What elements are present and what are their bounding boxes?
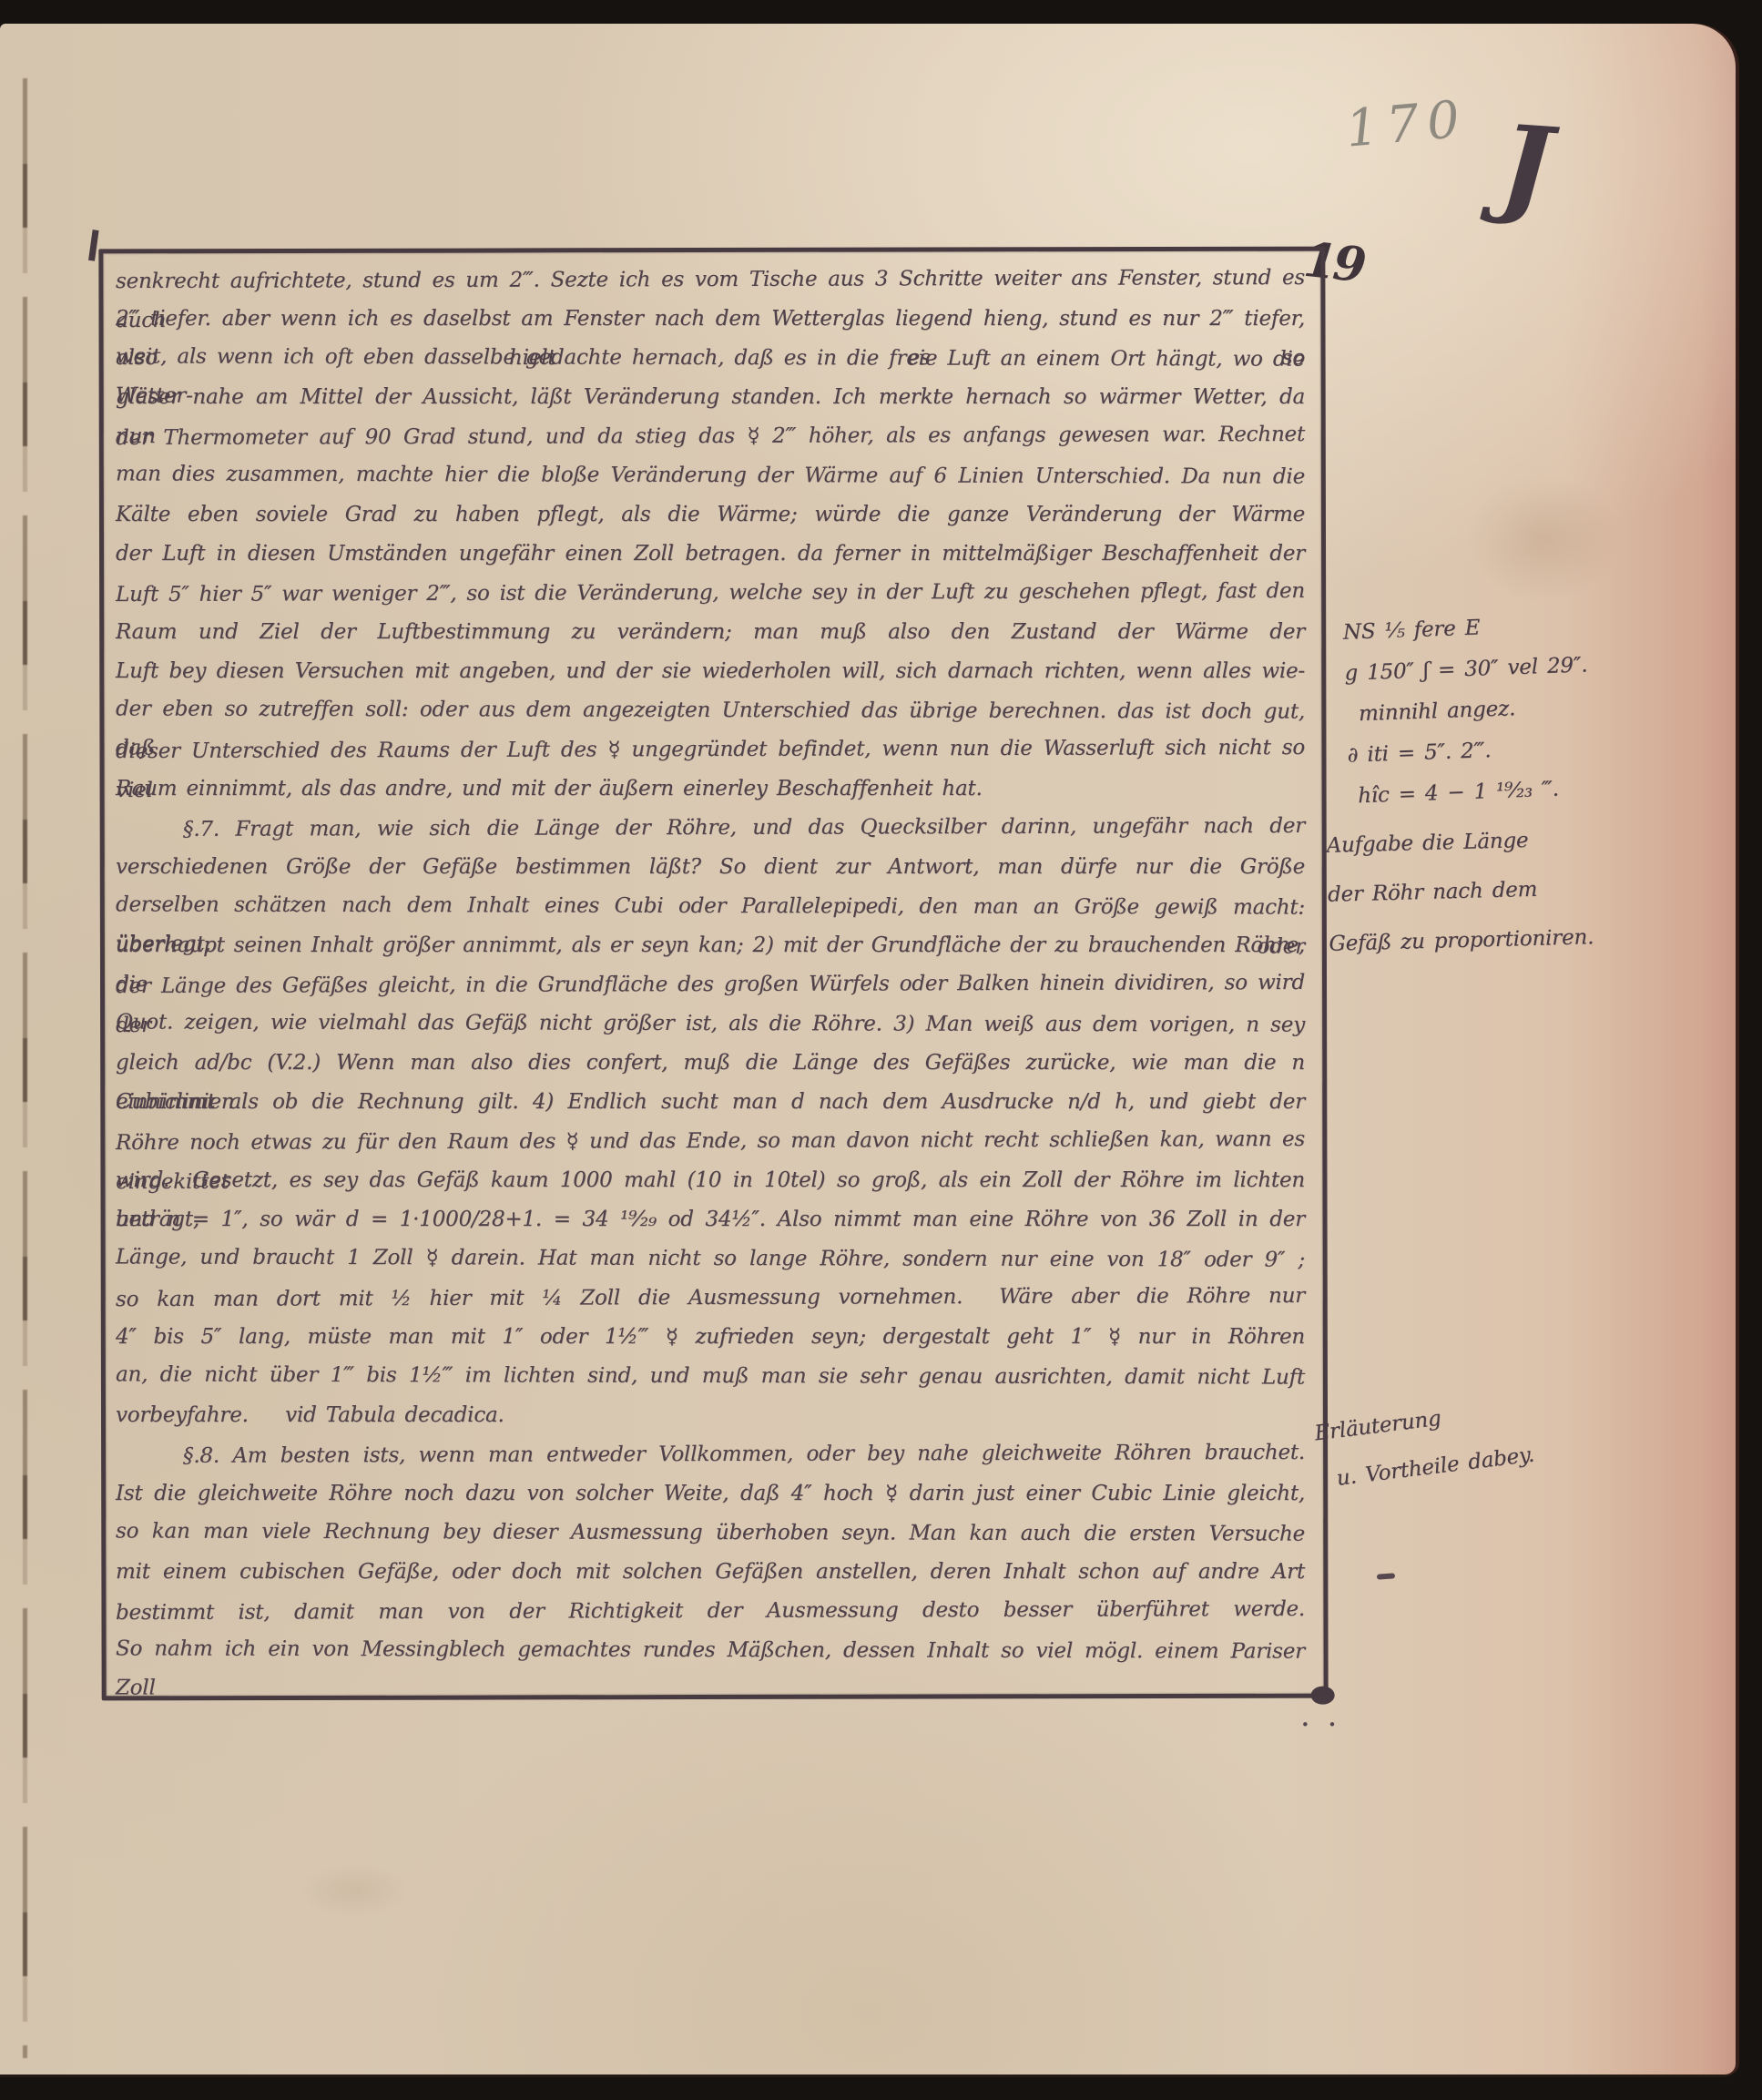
manuscript-body: senkrecht aufrichtete, stund es um 2‴. S… <box>116 260 1305 1670</box>
manuscript-line: 2‴ tiefer. aber wenn ich es daselbst am … <box>116 300 1305 339</box>
manuscript-line: g 150″ ʃ = 30″ vel 29″. <box>1344 645 1588 694</box>
manuscript-line: an, die nicht über 1‴ bis 1½‴ im lichten… <box>116 1355 1305 1397</box>
manuscript-line: der Thermometer auf 90 Grad stund, und d… <box>116 415 1305 458</box>
ink-stain <box>1466 474 1621 602</box>
manuscript-line: Kälte eben soviele Grad zu haben pflegt,… <box>116 495 1305 535</box>
manuscript-line: hîc = 4 − 1 ¹⁹⁄₂₃ ‴. <box>1348 768 1592 817</box>
manuscript-line: mit einem cubischen Gefäße, oder doch mi… <box>116 1553 1305 1592</box>
manuscript-line: wird. Gesetzt, es sey das Gefäß kaum 100… <box>116 1161 1305 1200</box>
paragraph-1: senkrecht aufrichtete, stund es um 2‴. S… <box>116 260 1305 809</box>
manuscript-line: bestimmt ist, damit man von der Richtigk… <box>116 1590 1305 1633</box>
stray-ink-dash <box>1377 1573 1395 1579</box>
manuscript-line: der eben so zutreffen soll: oder aus dem… <box>116 689 1305 731</box>
margin-note-calculation: NS ⅕ fere Eg 150″ ʃ = 30″ vel 29″.minnih… <box>1342 604 1593 817</box>
manuscript-line: verschiedenen Größe der Gefäße bestimmen… <box>116 848 1305 887</box>
manuscript-line: Luft 5″ hier 5″ war weniger 2‴, so ist d… <box>116 572 1305 615</box>
ink-letter-mark: J <box>1496 100 1555 230</box>
manuscript-line: Gefäß zu proportioniren. <box>1329 912 1594 969</box>
manuscript-line: und n = 1″, so wär d = 1·1000/28+1. = 34… <box>116 1200 1305 1239</box>
manuscript-line: gläser nahe am Mittel der Aussicht, läßt… <box>116 378 1305 417</box>
stray-ink-dots: · · <box>1300 1707 1340 1743</box>
manuscript-line: einnimmt als ob die Rechnung gilt. 4) En… <box>116 1083 1305 1122</box>
manuscript-line: senkrecht aufrichtete, stund es um 2‴. S… <box>116 259 1305 301</box>
paragraph-3-section-8: §.8. Am besten ists, wenn man entweder V… <box>116 1435 1305 1670</box>
manuscript-line: §.7. Fragt man, wie sich die Länge der R… <box>116 807 1305 850</box>
manuscript-paper: 170 J 19 senkrecht aufrichtete, stund es… <box>0 24 1736 2075</box>
manuscript-line: man dies zusammen, machte hier die bloße… <box>116 454 1305 496</box>
manuscript-line: der Luft in diesen Umständen ungefähr ei… <box>116 535 1305 574</box>
manuscript-line: so kan man viele Rechnung bey dieser Aus… <box>116 1512 1305 1554</box>
manuscript-line: Aufgabe die Länge <box>1326 814 1592 871</box>
manuscript-line: Ist die gleichweite Röhre noch dazu von … <box>116 1474 1305 1514</box>
manuscript-line: Röhre noch etwas zu für den Raum des ☿ u… <box>116 1120 1305 1163</box>
manuscript-line: Quot. zeigen, wie vielmahl das Gefäß nic… <box>116 1003 1305 1045</box>
manuscript-line: So nahm ich ein von Messingblech gemacht… <box>116 1629 1305 1671</box>
manuscript-line: weit, als wenn ich oft eben dasselbe ged… <box>116 337 1305 379</box>
margin-note-remark: Erläuterungu. Vortheile dabey. <box>1312 1384 1537 1504</box>
paragraph-2-section-7: §.7. Fragt man, wie sich die Länge der R… <box>116 809 1305 1435</box>
manuscript-line: Raum und Ziel der Luftbestimmung zu verä… <box>116 613 1305 652</box>
manuscript-line: so kan man dort mit ½ hier mit ¼ Zoll di… <box>116 1277 1305 1320</box>
gutter-crease <box>23 55 27 2058</box>
manuscript-line: Raum einnimmt, als das andre, und mit de… <box>116 770 1305 809</box>
margin-note-task: Aufgabe die Längeder Röhr nach demGefäß … <box>1326 814 1594 969</box>
manuscript-line: der Länge des Gefäßes gleicht, in die Gr… <box>116 963 1305 1006</box>
manuscript-line: gleich ad/bc (V.2.) Wenn man also dies c… <box>116 1044 1305 1083</box>
manuscript-line: vorbeyfahre. vid Tabula decadica. <box>116 1396 1305 1435</box>
paper-stain <box>300 1863 410 1918</box>
manuscript-line: dieser Unterschied des Raums der Luft de… <box>116 729 1305 771</box>
manuscript-line: derselben schätzen nach dem Inhalt eines… <box>116 885 1305 927</box>
pencil-page-number: 170 <box>1343 89 1470 158</box>
manuscript-line: 4″ bis 5″ lang, müste man mit 1″ oder 1½… <box>116 1318 1305 1357</box>
manuscript-line: Länge, und braucht 1 Zoll ☿ darein. Hat … <box>116 1238 1305 1279</box>
manuscript-line: Luft bey diesen Versuchen mit angeben, u… <box>116 652 1305 691</box>
scanned-manuscript-page: 170 J 19 senkrecht aufrichtete, stund es… <box>0 0 1762 2100</box>
manuscript-line: der Röhr nach dem <box>1327 863 1593 920</box>
manuscript-line: §.8. Am besten ists, wenn man entweder V… <box>116 1433 1305 1476</box>
